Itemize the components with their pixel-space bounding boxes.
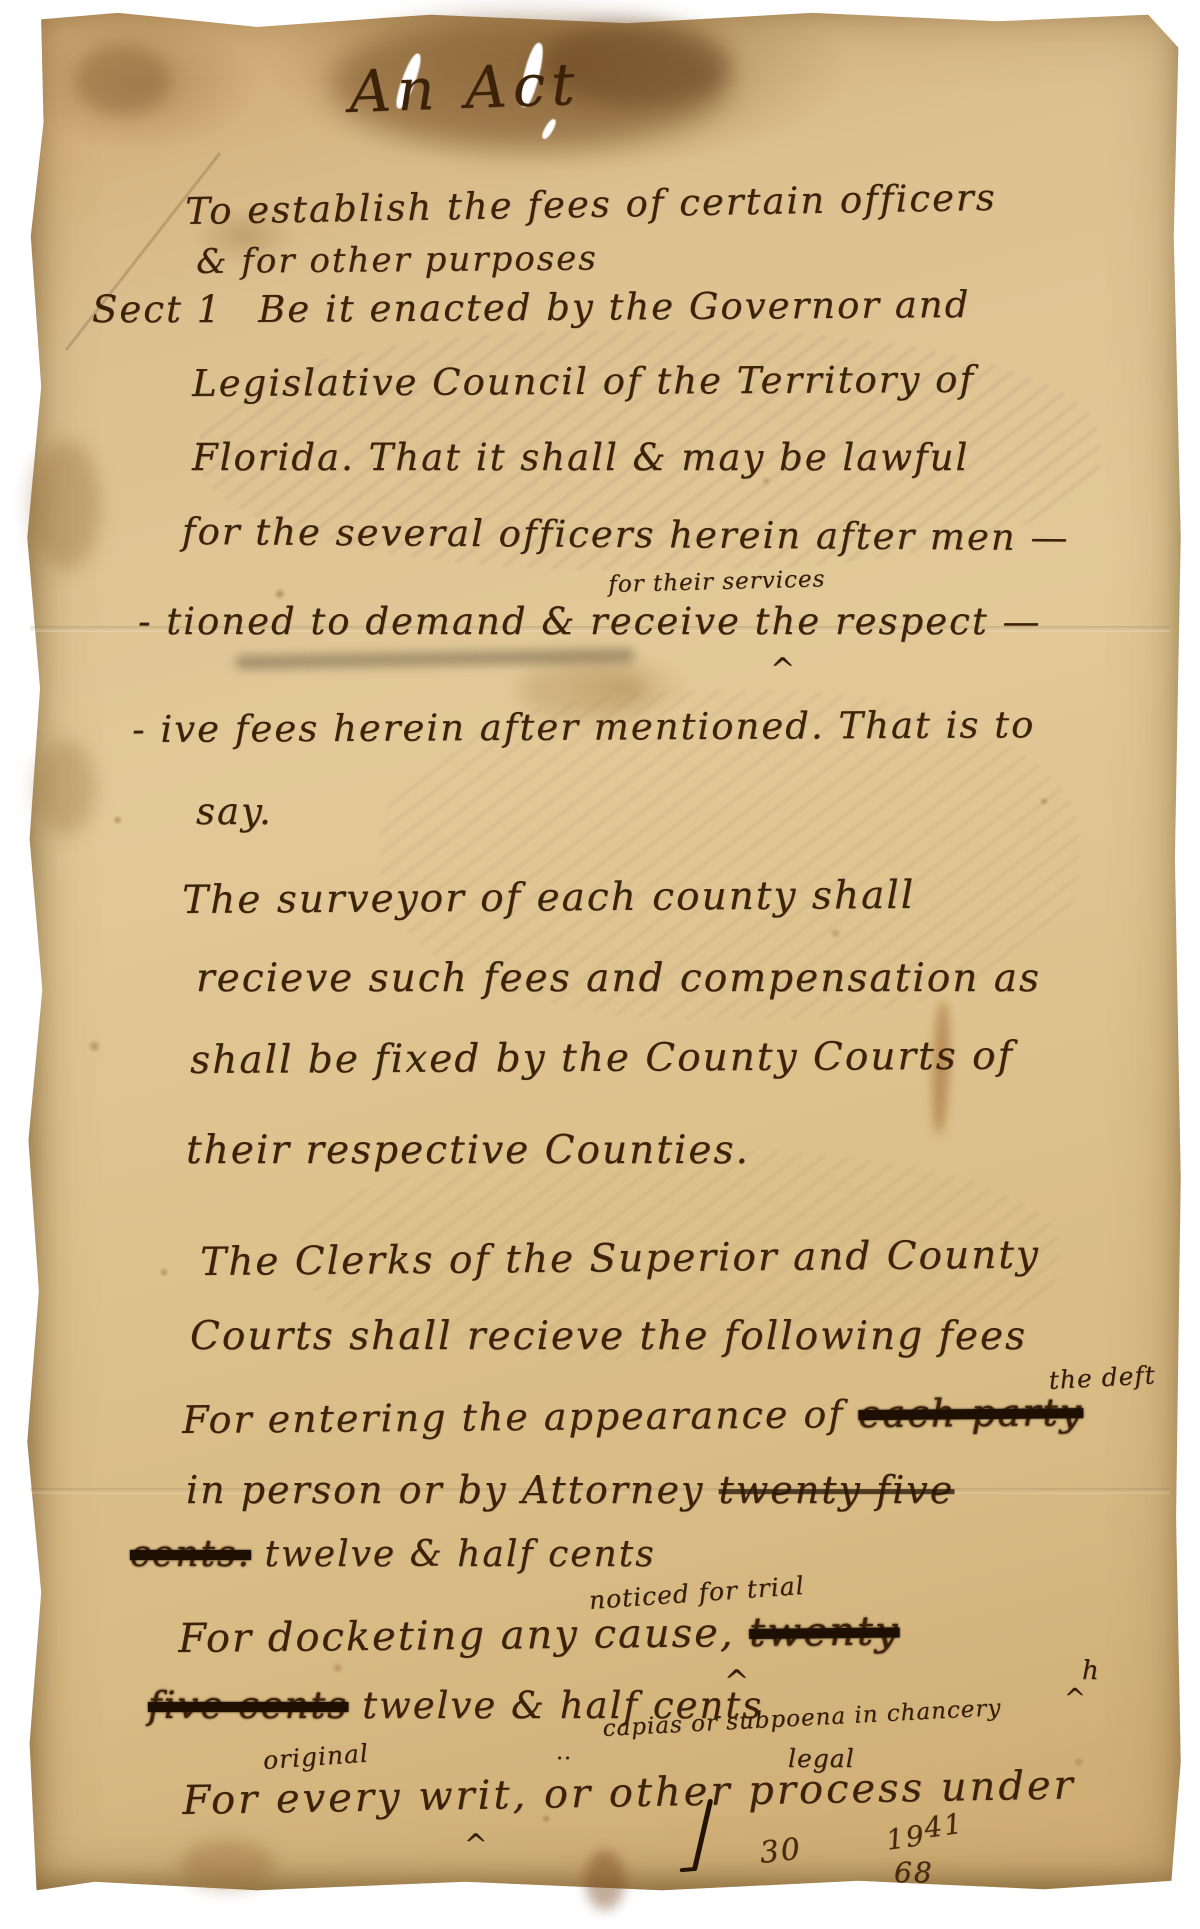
manuscript-line: For docketing any cause, twenty [178, 1608, 900, 1662]
margin-number: 41 [922, 1806, 966, 1844]
strikethrough-text: cents. [130, 1534, 251, 1575]
manuscript-line: cents. twelve & half cents [130, 1534, 656, 1575]
manuscript-line: Courts shall recieve the following fees [190, 1314, 1027, 1359]
interlinear-insertion: .. [556, 1740, 572, 1765]
scan-background: An Act To establish the fees of certain … [0, 0, 1200, 1929]
line-text: For entering the appearance of [182, 1392, 859, 1442]
manuscript-line: For entering the appearance of each part… [182, 1390, 1083, 1442]
line-text: in person or by Attorney [186, 1468, 718, 1512]
strikethrough-text: each party [858, 1390, 1083, 1436]
line-text: twelve & half cents [251, 1534, 656, 1575]
line-text: For docketing any cause, [178, 1610, 749, 1662]
interlinear-insertion: h [1082, 1656, 1100, 1686]
manuscript-line: The surveyor of each county shall [182, 873, 915, 923]
manuscript-line: Florida. That it shall & may be lawful [192, 436, 969, 479]
manuscript-line: The Clerks of the Superior and County [200, 1233, 1040, 1285]
manuscript-line: in person or by Attorney twenty five [186, 1468, 954, 1512]
strikethrough-text: five cents [148, 1684, 348, 1727]
caret-mark: ^ [770, 652, 797, 687]
document-title: An Act [348, 50, 582, 126]
manuscript-line: for the several officers herein after me… [182, 510, 1070, 559]
section-label: Sect 1 [92, 288, 222, 331]
manuscript-line: & for other purposes [196, 238, 598, 282]
margin-number: 68 [894, 1856, 934, 1889]
manuscript-line: - tioned to demand & receive the respect… [138, 600, 1041, 643]
manuscript-line: shall be fixed by the County Courts of [190, 1034, 1014, 1083]
manuscript-line: say. [196, 790, 273, 833]
manuscript-line: Be it enacted by the Governor and [258, 283, 970, 331]
strikethrough-text: twenty [749, 1608, 900, 1656]
caret-mark: ^ [1064, 1684, 1088, 1714]
margin-number: 19 [884, 1818, 928, 1856]
strikethrough-text: twenty five [718, 1468, 954, 1512]
margin-number: 30 [758, 1832, 804, 1871]
manuscript-line: recieve such fees and compensation as [196, 956, 1041, 1001]
manuscript-line: Legislative Council of the Territory of [192, 358, 975, 405]
manuscript-line: - ive fees herein after mentioned. That … [132, 703, 1035, 751]
manuscript-line: their respective Counties. [186, 1128, 750, 1173]
caret-mark: ^ [464, 1828, 489, 1861]
